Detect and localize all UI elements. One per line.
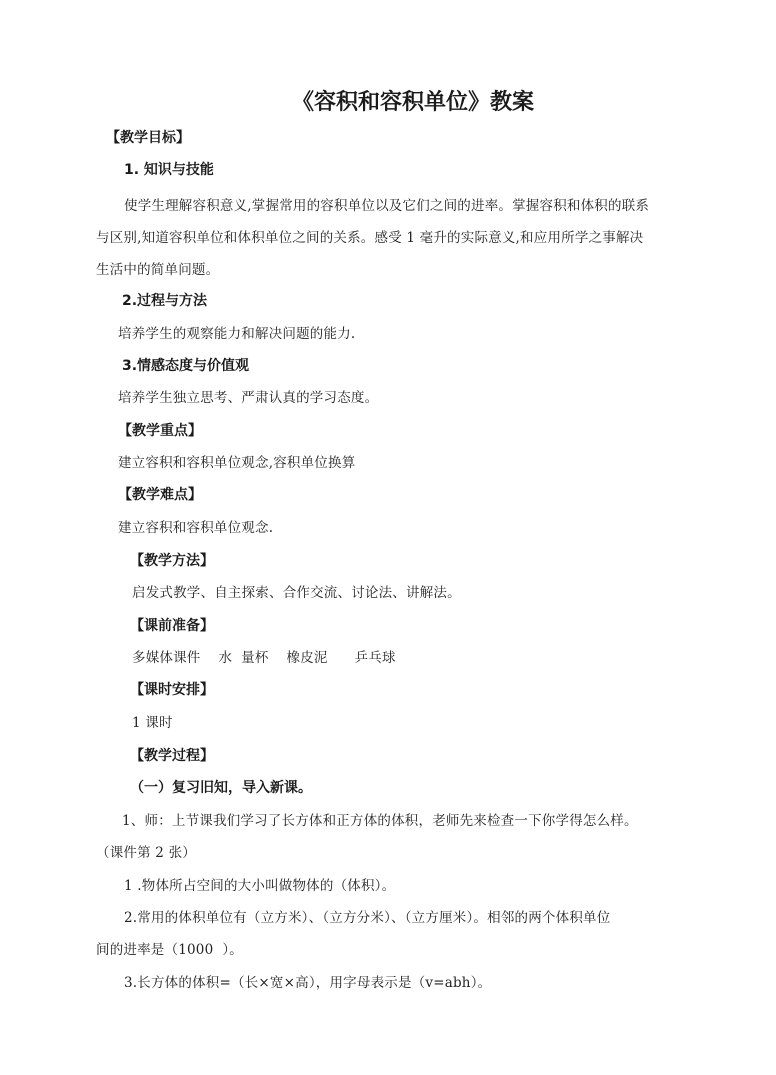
knowledge-text-line-2: 与区别,知道容积单位和体积单位之间的关系。感受 1 毫升的实际意义,和应用所学之… [96, 229, 643, 247]
knowledge-text-line-1: 使学生理解容积意义,掌握常用的容积单位以及它们之间的进率。掌握容积和体积的联系 [124, 197, 649, 215]
key-points-text: 建立容积和容积单位观念,容积单位换算 [118, 454, 355, 472]
methods-text: 启发式教学、自主探索、合作交流、讨论法、讲解法。 [132, 584, 461, 602]
process-methods-text: 培养学生的观察能力和解决问题的能力. [118, 325, 355, 343]
review-question-2-line-1: 2.常用的体积单位有（立方米）、（立方分米）、（立方厘米）。相邻的两个体积单位 [124, 909, 610, 927]
step1-text-line-1: 1、师：上节课我们学习了长方体和正方体的体积，老师先来检查一下你学得怎么样。 [122, 812, 638, 830]
review-question-1: 1 .物体所占空间的大小叫做物体的（体积）。 [124, 877, 395, 895]
heading-methods: 【教学方法】 [130, 552, 214, 570]
attitude-values-text: 培养学生独立思考、严肃认真的学习态度。 [118, 389, 378, 407]
heading-teaching-process: 【教学过程】 [130, 747, 214, 765]
heading-schedule: 【课时安排】 [130, 681, 214, 699]
subheading-process-methods: 2.过程与方法 [122, 292, 207, 310]
document-title: 《容积和容积单位》教案 [0, 90, 776, 116]
schedule-text: 1 课时 [132, 714, 173, 732]
difficulties-text: 建立容积和容积单位观念. [118, 519, 273, 537]
step1-text-line-2: （课件第 2 张） [96, 844, 196, 862]
knowledge-text-line-3: 生活中的简单问题。 [96, 261, 219, 279]
step1-heading: （一）复习旧知，导入新课。 [130, 779, 312, 797]
heading-key-points: 【教学重点】 [118, 422, 202, 440]
preparation-text: 多媒体课件 水 量杯 橡皮泥 乒乓球 [132, 649, 396, 667]
heading-objectives: 【教学目标】 [106, 129, 190, 147]
review-question-2-line-2: 间的进率是（1000 ）。 [96, 941, 243, 959]
subheading-knowledge-skills: 1. 知识与技能 [124, 161, 214, 179]
document-page: 《容积和容积单位》教案 【教学目标】 1. 知识与技能 使学生理解容积意义,掌握… [0, 0, 776, 1075]
review-question-3: 3.长方体的体积=（长×宽×高），用字母表示是（v=abh）。 [124, 974, 491, 992]
subheading-attitude-values: 3.情感态度与价值观 [122, 357, 249, 375]
heading-difficulties: 【教学难点】 [118, 486, 202, 504]
heading-preparation: 【课前准备】 [130, 617, 214, 635]
